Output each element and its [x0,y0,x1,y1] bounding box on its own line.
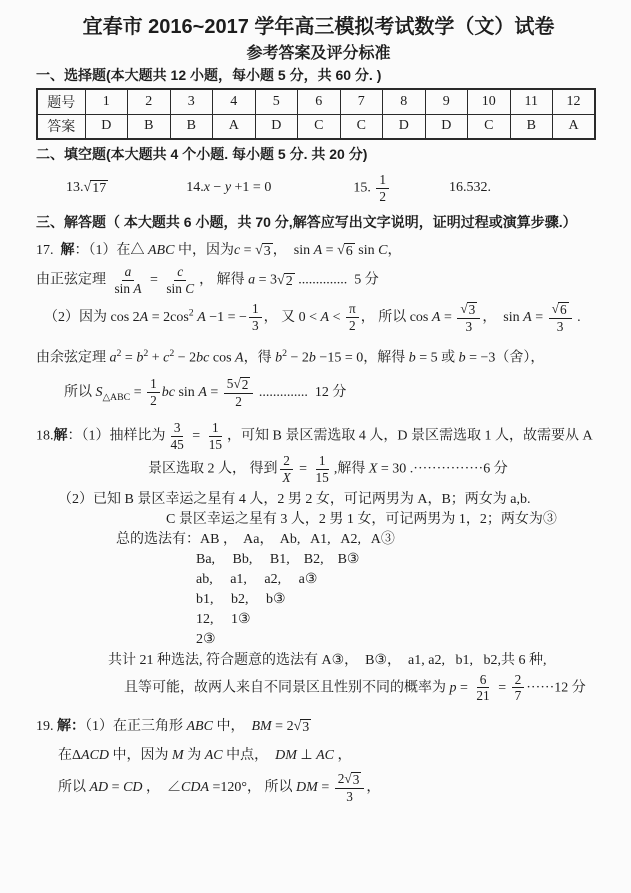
fraction: 621 [473,672,492,705]
numerator: 1 [249,301,262,318]
answer-cell: D [85,114,128,139]
math-variable: A [321,310,330,325]
math-variable: AC [205,748,223,763]
numerator: 2 [512,672,525,689]
q18-line-zone-b: （2）已知 B 景区幸运之星有 4 人，2 男 2 女，可记两男为 A，B；两女… [58,490,601,509]
question-number-cell: 10 [468,89,511,114]
math-variable: A [523,310,532,325]
denominator: X [280,470,294,486]
math-variable: bc [162,385,175,400]
subscript: △ABC [103,392,131,403]
square-root: √3 [344,772,361,788]
superscript: 2 [143,348,148,359]
math-variable: p [450,680,457,695]
square-root: √3 [294,719,312,735]
answer-cell: C [468,114,511,139]
row-header-cell: 题号 [37,89,85,114]
radicand: 6 [558,302,569,318]
answer-cell: C [298,114,341,139]
answer-cell: D [425,114,468,139]
fraction: √33 [457,301,480,335]
math-variable: ABC [187,719,213,734]
fill-answer-16: 16.532. [449,180,491,196]
radicand: 2 [284,273,295,289]
fraction: 13 [249,301,262,334]
square-root: √2 [277,273,295,289]
math-variable: C [185,281,194,296]
q17-line-sine-rule: 由正弦定理 asin A = csin C， 解得 a = 3√2 ......… [36,264,601,297]
q17-line-cosine-rule: 由余弦定理 a2 = b2 + c2 − 2bc cos A，得 b2 − 2b… [36,344,601,368]
q18-line-combos-3: ab, a1, a2, a③ [196,570,601,589]
numerator: 6 [477,672,490,689]
math-variable: C [378,243,387,258]
fraction: π2 [346,301,359,334]
numerator: 3 [171,420,184,437]
q18-line-combos-6: 2③ [196,630,601,649]
question-number-cell: 4 [213,89,256,114]
radicand: 3 [351,772,362,788]
question-number-cell: 1 [85,89,128,114]
denominator: 2 [232,394,245,410]
fill-answer-13: 13.√17 [66,180,108,196]
question-number-cell: 11 [510,89,553,114]
answer-cell: B [510,114,553,139]
math-variable: y [225,180,231,195]
square-root: √3 [255,243,273,259]
denominator: sin C [163,281,197,297]
page-subtitle: 参考答案及评分标准 [36,44,601,64]
q18-line-combos-2: Ba, Bb, B1, B2, B③ [196,550,601,569]
answer-cell: D [383,114,426,139]
denominator: 2 [346,318,359,334]
fraction: asin A [112,264,145,297]
math-variable: DM [296,780,318,795]
question-number-cell: 6 [298,89,341,114]
math-variable: X [283,470,291,485]
q17-line-cos2a: （2）因为 cos 2A = 2cos2 A −1 = −13， 又 0 < A… [44,301,601,335]
math-variable: X [369,461,378,476]
denominator: 21 [473,688,492,704]
q17-line-given: 17. 解：（1）在△ ABC 中，因为c = √3， sin A = √6 s… [36,240,601,260]
question-number-cell: 9 [425,89,468,114]
square-root: √6 [337,243,355,259]
numerator: 5√2 [224,376,254,394]
q19-line-acd: 在ΔACD 中，因为 M 为 AC 中点， DM ⊥ AC ， [58,746,601,765]
math-variable: BM [251,719,271,734]
superscript: 2 [282,348,287,359]
question-number-cell: 8 [383,89,426,114]
fraction: 345 [168,420,187,453]
section-solve-heading: 三、解答题（ 本大题共 6 小题，共 70 分,解答应写出文字说明，证明过程或演… [36,213,601,232]
denominator: 2 [147,393,160,409]
numerator: 1 [316,453,329,470]
numerator: 1 [376,172,389,189]
denominator: sin A [112,281,145,297]
math-variable: c [177,264,183,279]
answer-cell: B [128,114,171,139]
math-variable: S [96,385,103,400]
math-variable: b [309,351,316,366]
denominator: 3 [249,318,262,334]
math-variable: A [140,310,149,325]
math-variable: ACD [81,748,109,763]
section-choice-heading: 一、选择题(本大题共 12 小题，每小题 5 分，共 60 分. ) [36,66,601,85]
q18-line-solve-x: 景区选取 2 人， 得到2X = 115,解得 X = 30 .········… [148,453,601,486]
math-variable: x [204,180,210,195]
math-variable: M [172,748,184,763]
math-variable: a [110,351,117,366]
denominator: 3 [554,319,567,335]
answer-table-body: 题号123456789101112答案DBBADCCDDCBA [37,89,595,139]
math-variable: CD [123,780,142,795]
denominator: 7 [512,688,525,704]
question-number-cell: 3 [170,89,213,114]
question-number-cell: 12 [553,89,596,114]
fraction: 2√33 [335,771,365,805]
question-number-cell: 5 [255,89,298,114]
fraction: 2X [280,453,294,486]
fraction: 12 [376,172,389,205]
math-variable: ABC [148,243,174,258]
bold-text: 解 [61,241,75,257]
math-variable: b [409,351,416,366]
radicand: 3 [262,243,273,259]
q18-line-sampling-ratio: 18.解：（1）抽样比为345 = 115，可知 B 景区需选取 4 人，D 景… [36,420,601,453]
answer-cell: C [340,114,383,139]
math-variable: CDA [181,780,209,795]
radicand: 6 [344,243,355,259]
math-variable: A [198,385,207,400]
square-root: √17 [84,180,109,196]
numerator: c [174,264,186,281]
math-variable: A [133,281,141,296]
fraction: 12 [147,376,160,409]
question-number-cell: 7 [340,89,383,114]
radicand: 2 [240,377,251,393]
denominator: 3 [343,789,356,805]
q19-line-dm: 所以 AD = CD ， ∠CDA =120°， 所以 DM = 2√33， [58,771,601,805]
square-root: √2 [233,377,250,393]
math-variable: A [432,310,441,325]
answer-cell: B [170,114,213,139]
superscript: 2 [189,307,194,318]
square-root: √6 [552,302,569,318]
math-variable: AC [316,748,334,763]
math-variable: AD [90,780,109,795]
denominator: 3 [463,319,476,335]
q18-line-probability: 且等可能，故两人来自不同景区且性别不同的概率为 p = 621 = 27····… [124,672,601,705]
fill-answer-15: 15. 12 [353,172,391,205]
question-number-cell: 2 [128,89,171,114]
numerator: 2√3 [335,771,365,789]
math-variable: A [235,351,244,366]
square-root: √3 [460,302,477,318]
section-fill-heading: 二、填空题(本大题共 4 个小题. 每小题 5 分. 共 20 分) [36,145,601,164]
fraction: 27 [512,672,525,705]
math-variable: bc [196,351,209,366]
math-variable: b [459,351,466,366]
document-page: 宜春市 2016~2017 学年高三模拟考试数学（文）试卷 参考答案及评分标准 … [0,0,631,805]
answer-row: 答案DBBADCCDDCBA [37,114,595,139]
fill-answer-14: 14.x − y +1 = 0 [186,180,271,196]
math-variable: a [248,273,255,288]
answer-table: 题号123456789101112答案DBBADCCDDCBA [36,88,596,140]
bold-text: 解 [54,426,68,442]
numerator: √3 [457,301,480,319]
q18-line-combos-5: 12, 1③ [196,610,601,629]
radicand: 3 [300,719,311,735]
fraction: 5√22 [224,376,254,410]
numerator: √6 [549,301,572,319]
denominator: 45 [168,437,187,453]
superscript: 2 [169,348,174,359]
radicand: 17 [90,180,108,196]
superscript: 2 [117,348,122,359]
numerator: a [122,264,135,281]
q18-line-combos-4: b1, b2, b③ [196,590,601,609]
denominator: 15 [313,470,332,486]
bold-text: 解： [57,717,85,733]
answer-cell: A [213,114,256,139]
q18-line-count: 共计 21 种选法, 符合题意的选法有 A③， B③， a1, a2, b1, … [108,651,601,670]
fraction: csin C [163,264,197,297]
math-variable: A [314,243,323,258]
math-variable: c [234,243,240,258]
radicand: 3 [467,302,478,318]
q17-line-area: 所以 S△ABC = 12bc sin A = 5√22 ...........… [64,376,601,410]
q19-line-bm: 19. 解：（1）在正三角形 ABC 中， BM = 2√3 [36,716,601,736]
answer-cell: D [255,114,298,139]
row-header-cell: 答案 [37,114,85,139]
fraction: √63 [549,301,572,335]
q18-line-combos-1: 总的选法有：AB ， Aa， Ab, A1, A2, A③ [116,530,601,549]
question-number-row: 题号123456789101112 [37,89,595,114]
numerator: π [346,301,359,318]
answer-cell: A [553,114,596,139]
numerator: 1 [147,376,160,393]
numerator: 2 [280,453,293,470]
fraction: 115 [206,420,225,453]
page-title: 宜春市 2016~2017 学年高三模拟考试数学（文）试卷 [36,14,601,40]
math-variable: a [125,264,132,279]
numerator: 1 [209,420,222,437]
math-variable: DM [275,748,297,763]
fraction: 115 [313,453,332,486]
math-variable: A [197,310,206,325]
fill-answers-row: 13.√17 14.x − y +1 = 0 15. 12 16.532. [36,166,601,210]
denominator: 15 [206,437,225,453]
denominator: 2 [376,189,389,205]
q18-line-zone-c: C 景区幸运之星有 3 人，2 男 1 女，可记两男为 1，2；两女为③ [166,510,601,529]
